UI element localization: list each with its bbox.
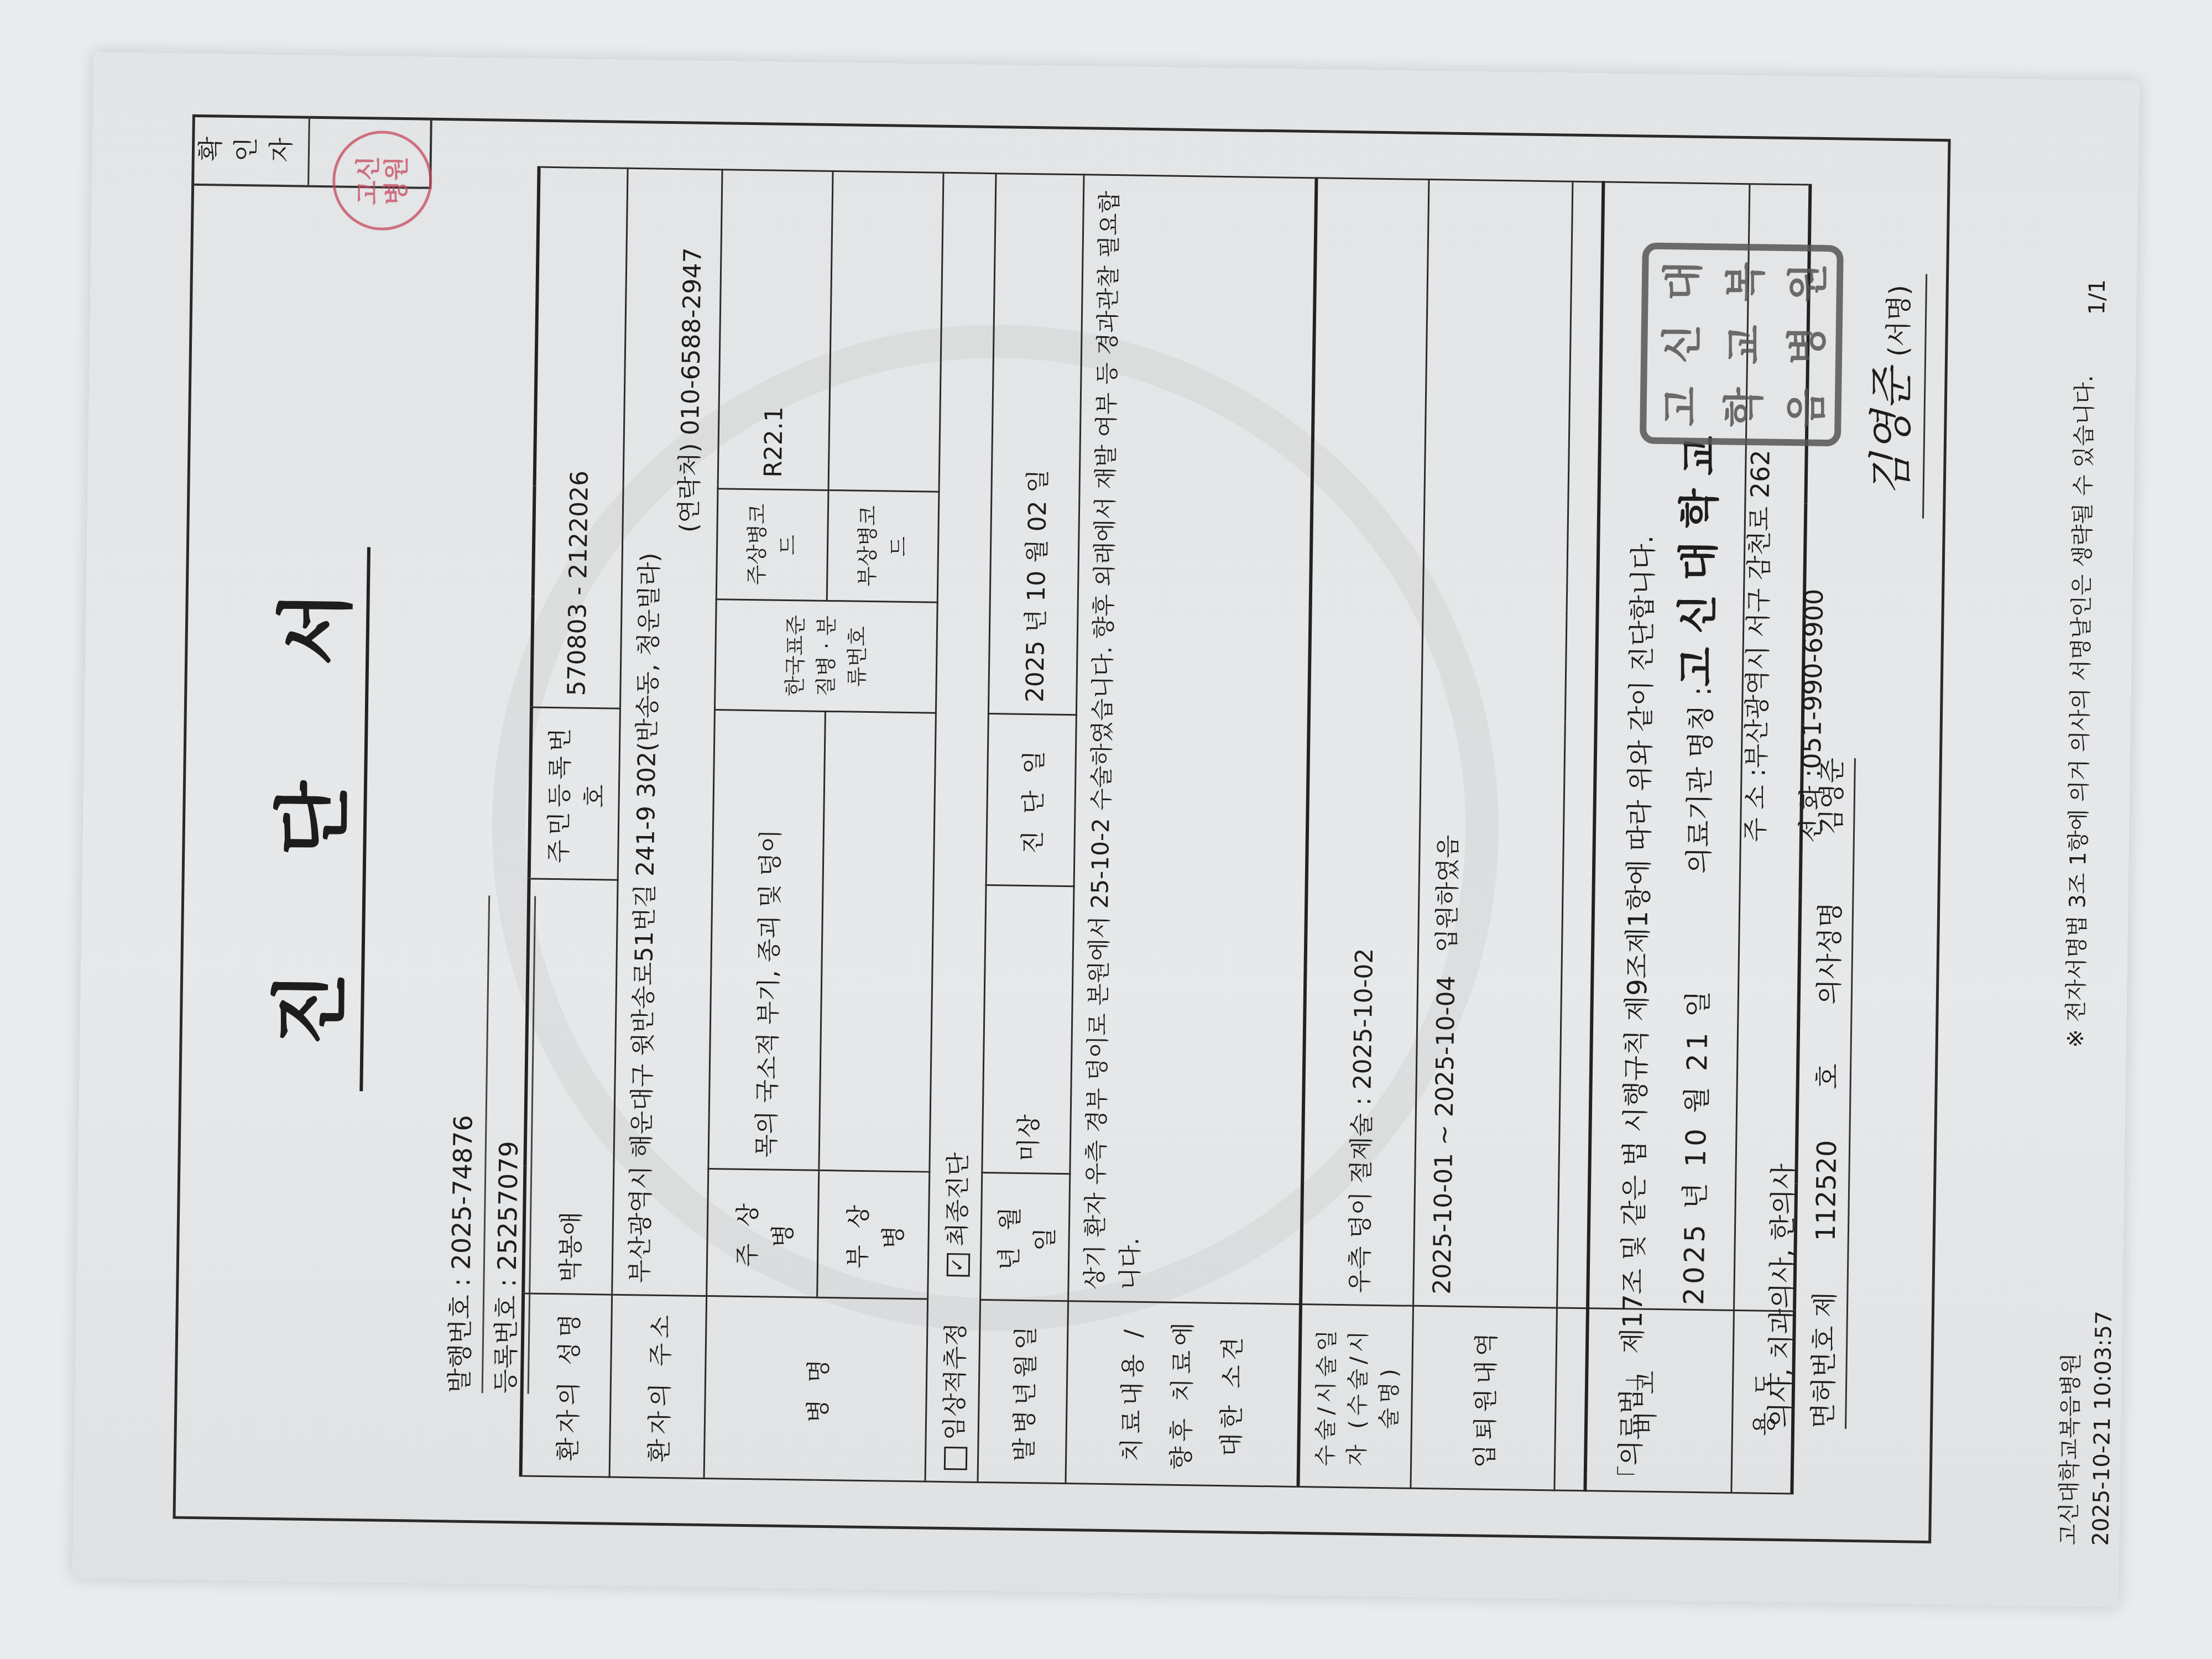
label-main-code: 주상병코드: [716, 489, 828, 601]
label-onset-ymd: 년 월 일: [980, 1172, 1070, 1301]
hospital-address: 주 소 :부산광역시 서구 감천로 262: [1727, 423, 1788, 875]
value-diagnosis-date: 2025 년 10 월 02 일: [988, 174, 1084, 715]
label-admission: 입퇴원내역: [1410, 1306, 1557, 1490]
hospital-info: 의료기관 명칭 :고신대학교 주 소 :부산광역시 서구 감천로 262 전 화…: [1667, 422, 1844, 875]
row-sub-disease: 부 상 병 부상병코드: [815, 171, 943, 1481]
row-surgery: 수술/시술일자 (수술/시술명) 우측 덩이 절제술 : 2025-10-02: [1298, 178, 1429, 1489]
seal-character: 고: [1648, 386, 1708, 426]
row-opinion: 치료내용 / 향후 치료에 대한 소견 상기 환자 우측 경부 덩이로 본원에서…: [1066, 175, 1316, 1487]
seal-character: 병: [1775, 325, 1834, 366]
seal-character: 음: [1774, 388, 1833, 428]
doctor-signature: 김영준(서명): [1854, 273, 1927, 519]
label-patient-address: 환자의 주소: [609, 1295, 707, 1478]
value-opinion: 상기 환자 우측 경부 덩이로 본원에서 25-10-2 수술하였습니다. 향후…: [1068, 175, 1316, 1305]
value-contact: 010-6588-2947: [676, 247, 707, 435]
row-admission: 입퇴원내역 2025-10-01 ~ 2025-10-04 입원하였음: [1410, 180, 1572, 1490]
label-final-diagnosis: 최종진단: [943, 1152, 972, 1247]
footer-printed-at: 2025-10-21 10:03:57: [2085, 1311, 2120, 1546]
value-sub-disease: [819, 711, 936, 1172]
label-clinical-estimate: 임상적추정: [941, 1322, 971, 1440]
value-onset: 미상: [982, 885, 1074, 1173]
row-patient-address: 환자의 주소 부산광역시 해운대구 윗반송로51번길 241-9 302(반송동…: [609, 168, 722, 1478]
signature-mark: 김영준: [1865, 367, 1918, 496]
hospital-seal-stamp: 고신대학교복음병원: [1640, 242, 1844, 446]
document-sheet: 확인자 고신 병원 진 단 서 발행번호 : 2025-74876 등록번호 :…: [72, 52, 2140, 1606]
label-rrn: 주민등록번호: [529, 707, 620, 880]
page-title: 진 단 서: [242, 118, 372, 1519]
value-admission: 2025-10-01 ~ 2025-10-04 입원하였음: [1413, 180, 1572, 1308]
label-disease: 병 명: [704, 1296, 928, 1481]
value-rrn: 570803 - 2122026: [531, 167, 628, 708]
clinical-estimate-checkbox[interactable]: [944, 1447, 968, 1470]
seal-character: 대: [1650, 261, 1709, 301]
seal-character: 신: [1650, 324, 1709, 364]
seal-character: 원: [1776, 263, 1835, 303]
seal-character: 학: [1711, 387, 1770, 427]
seal-character: 교: [1712, 324, 1771, 364]
final-diagnosis-checkbox[interactable]: ✓: [947, 1253, 971, 1277]
value-main-disease: 목의 국소적 부기, 종괴 및 덩이: [708, 710, 826, 1171]
value-main-code: R22.1: [718, 170, 833, 491]
issue-number: 발행번호 : 2025-74876: [437, 895, 491, 1393]
value-sub-code: [828, 171, 943, 492]
value-patient-name: 박봉애: [523, 879, 618, 1295]
doctor-name-label: 의사성명: [1814, 902, 1846, 1005]
row-main-disease: 병 명 주 상 병 목의 국소적 부기, 종괴 및 덩이 한국표준질병 · 분류…: [704, 170, 833, 1480]
label-sub-disease: 부 상 병: [817, 1170, 930, 1299]
label-surgery: 수술/시술일자 (수술/시술명): [1298, 1304, 1413, 1488]
issue-date: 2025 년 10 월 21 일: [1672, 987, 1716, 1306]
label-sub-code: 부상병코드: [827, 490, 939, 602]
label-onset: 발병년월일: [978, 1300, 1068, 1483]
seal-character: 복: [1713, 262, 1772, 302]
label-diagnosis-date: 진 단 일: [986, 713, 1076, 886]
hospital-phone: 전 화 :051-990-6900: [1782, 424, 1844, 875]
label-opinion: 치료내용 / 향후 치료에 대한 소견: [1066, 1301, 1301, 1487]
certificate-frame: 확인자 고신 병원 진 단 서 발행번호 : 2025-74876 등록번호 :…: [173, 114, 1950, 1543]
page-number: 1/1: [2081, 279, 2114, 315]
footer-issuer: 고신대학교복음병원: [2053, 1310, 2088, 1546]
label-kcd: 한국표준질병 · 분류번호: [714, 599, 937, 713]
value-surgery: 우측 덩이 절제술 : 2025-10-02: [1301, 178, 1429, 1306]
hospital-name: 의료기관 명칭 :고신대학교: [1667, 422, 1733, 874]
value-patient-address: 부산광역시 해운대구 윗반송로51번길 241-9 302(반송동, 청운빌라)…: [612, 168, 722, 1296]
label-patient-name: 환자의 성명: [521, 1293, 612, 1477]
label-main-disease: 주 상 병: [707, 1169, 819, 1298]
